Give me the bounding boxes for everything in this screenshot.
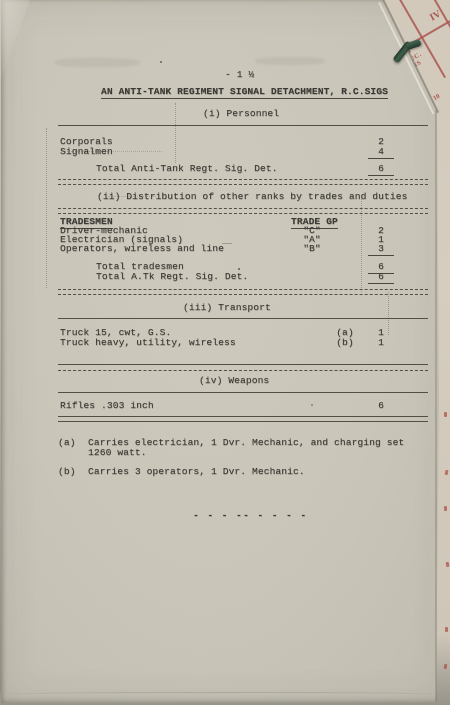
rule [58, 364, 428, 365]
transport-row-note: (b) [331, 338, 359, 348]
rule [58, 179, 428, 180]
ink-speck [238, 268, 240, 270]
rule [58, 370, 428, 371]
page-number: - 1 ½ [225, 70, 254, 80]
bottom-crease [8, 692, 440, 696]
personnel-total-label: Total Anti-Tank Regt. Sig. Det. [96, 164, 278, 174]
rule [58, 184, 428, 185]
document-page: - 1 ½ AN ANTI-TANK REGIMENT SIGNAL DETAC… [0, 0, 450, 705]
rule [58, 392, 428, 393]
footnote-text-line: 1260 watt. [88, 448, 147, 458]
weapons-row-value: 6 [368, 401, 394, 411]
rule [58, 421, 428, 422]
red-edge-mark [445, 627, 448, 632]
smudge [55, 58, 140, 67]
rule [58, 289, 428, 290]
trade-row-value: 3 [368, 244, 394, 256]
scanned-document: IV AND TRUC. IONS 10 - 1 ½ AN ANTI-TAN [0, 0, 450, 705]
section-heading-transport: (iii) Transport [183, 303, 271, 313]
red-edge-mark [444, 412, 447, 417]
personnel-row-label: Signalmen [60, 147, 113, 157]
document-title: AN ANTI-TANK REGIMENT SIGNAL DETACHMENT,… [101, 87, 388, 99]
footnote-marker: (b) [58, 467, 76, 477]
rule [58, 318, 428, 319]
trade-row-label: Operators, wireless and line [60, 244, 224, 254]
transport-row-label: Truck heavy, utility, wireless [60, 338, 236, 348]
footnote-marker: (a) [58, 438, 76, 448]
section-heading-weapons: (iv) Weapons [199, 376, 269, 386]
red-edge-mark [445, 470, 449, 476]
total-detachment-value: 6 [368, 272, 394, 284]
rule [58, 208, 428, 209]
personnel-total-value: 6 [368, 164, 394, 176]
rule [58, 416, 428, 417]
footnote-text-line: Carries 3 operators, 1 Dvr. Mechanic. [88, 467, 305, 477]
personnel-row-value: 4 [368, 147, 394, 159]
ink-speck [311, 404, 313, 406]
rule [58, 125, 428, 126]
red-edge-mark [444, 664, 448, 669]
transport-row-value: 1 [368, 338, 394, 348]
red-edge-mark [444, 506, 447, 511]
smudge [255, 57, 325, 65]
total-detachment-label: Total A.Tk Regt. Sig. Det. [96, 272, 248, 282]
page-right-edge [435, 110, 437, 702]
bleedthrough-line [175, 103, 176, 163]
end-mark: - - - -- - - - - [193, 511, 308, 521]
section-heading-distribution: (ii) Distribution of other ranks by trad… [97, 192, 407, 202]
trade-row-group: "B" [282, 244, 342, 254]
corner-fold [0, 0, 30, 84]
ink-speck [160, 61, 162, 63]
rule [58, 213, 428, 214]
weapons-row-label: Rifles .303 inch [60, 401, 154, 411]
bleedthrough-line [361, 195, 362, 292]
rule [58, 294, 428, 295]
section-heading-personnel: (i) Personnel [203, 109, 279, 119]
bleedthrough-line [46, 128, 47, 288]
red-edge-mark [446, 562, 450, 567]
